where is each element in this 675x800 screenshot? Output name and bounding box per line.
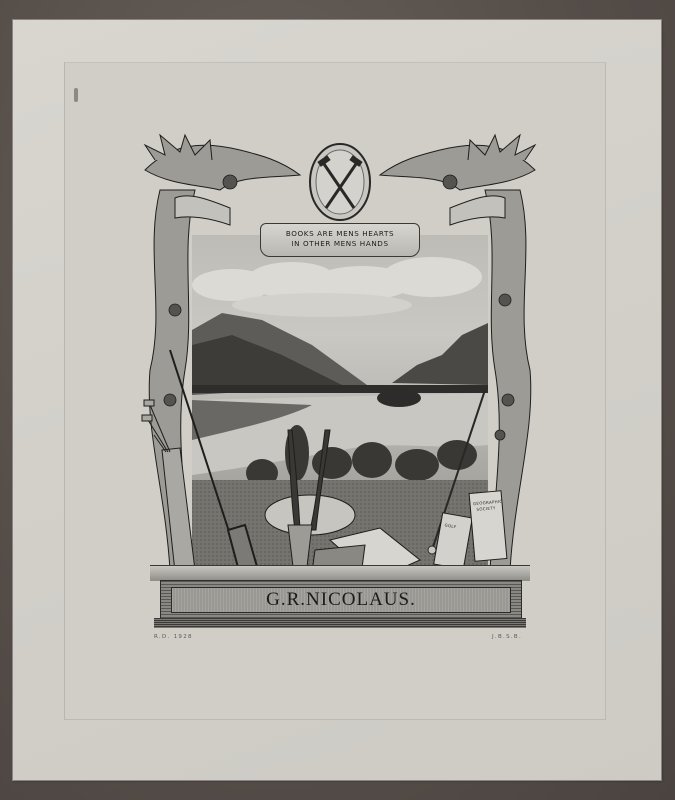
motto-banner: BOOKS ARE MENS HEARTS IN OTHER MENS HAND… [260, 223, 420, 257]
shelf [150, 565, 530, 581]
engraver-signature-right: J.B.S.B. [492, 634, 522, 640]
plinth-base [154, 618, 526, 628]
book-right-upright: GEOGRAPHIC SOCIETY [469, 491, 507, 562]
crossed-hammers-emblem [310, 144, 370, 220]
engraver-signature-left: R.D. 1928 [154, 634, 193, 640]
motto-line-2: IN OTHER MENS HANDS [261, 239, 419, 249]
book-left-upright: GOLF [434, 513, 473, 569]
ink-smudge [74, 88, 78, 102]
nameplate: G.R.NICOLAUS. [160, 580, 522, 620]
thistle-border: GOLF GEOGRAPHIC SOCIETY [140, 130, 540, 630]
owner-name: G.R.NICOLAUS. [171, 587, 511, 613]
bookplate-engraving: GOLF GEOGRAPHIC SOCIETY BOOKS ARE MENS H… [140, 130, 540, 630]
motto-line-1: BOOKS ARE MENS HEARTS [261, 229, 419, 239]
